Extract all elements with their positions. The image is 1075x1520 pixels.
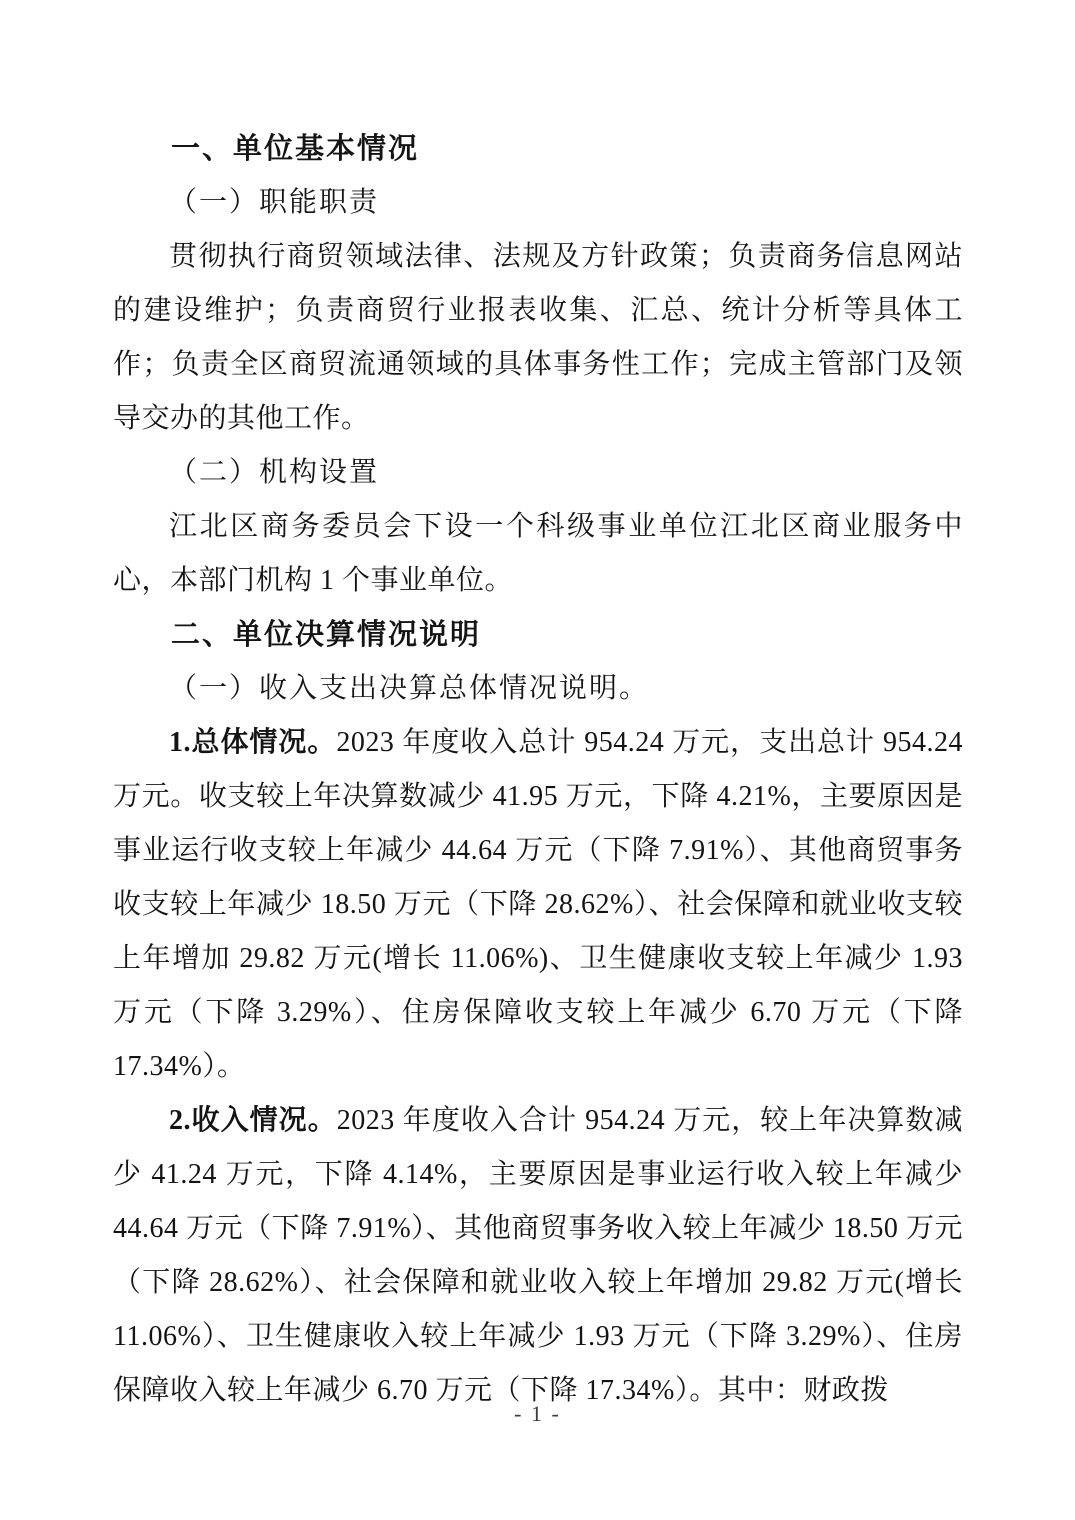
paragraph-duties: 贯彻执行商贸领域法律、法规及方针政策；负责商务信息网站的建设维护；负责商贸行业报… bbox=[113, 230, 963, 446]
paragraph-income-situation: 2.收入情况。2023 年度收入合计 954.24 万元，较上年决算数减少 41… bbox=[113, 1094, 963, 1418]
section-heading-final-accounts: 二、单位决算情况说明 bbox=[113, 608, 963, 662]
paragraph-overall-situation-text: 2023 年度收入总计 954.24 万元，支出总计 954.24 万元。收支较… bbox=[113, 727, 963, 1082]
subsection-heading-income-expense-overview: （一）收入支出决算总体情况说明。 bbox=[113, 662, 963, 716]
paragraph-organization: 江北区商务委员会下设一个科级事业单位江北区商业服务中心，本部门机构 1 个事业单… bbox=[113, 500, 963, 608]
document-body: 一、单位基本情况 （一）职能职责 贯彻执行商贸领域法律、法规及方针政策；负责商务… bbox=[113, 122, 963, 1418]
paragraph-income-situation-text: 2023 年度收入合计 954.24 万元，较上年决算数减少 41.24 万元，… bbox=[113, 1105, 963, 1406]
paragraph-overall-situation: 1.总体情况。2023 年度收入总计 954.24 万元，支出总计 954.24… bbox=[113, 716, 963, 1094]
paragraph-overall-situation-lead: 1.总体情况。 bbox=[169, 727, 336, 758]
page-number: - 1 - bbox=[0, 1400, 1075, 1428]
subsection-heading-organization: （二）机构设置 bbox=[113, 446, 963, 500]
paragraph-income-situation-lead: 2.收入情况。 bbox=[169, 1105, 337, 1136]
section-heading-basic-info: 一、单位基本情况 bbox=[113, 122, 963, 176]
subsection-heading-duties: （一）职能职责 bbox=[113, 176, 963, 230]
document-page: 一、单位基本情况 （一）职能职责 贯彻执行商贸领域法律、法规及方针政策；负责商务… bbox=[0, 0, 1075, 1520]
